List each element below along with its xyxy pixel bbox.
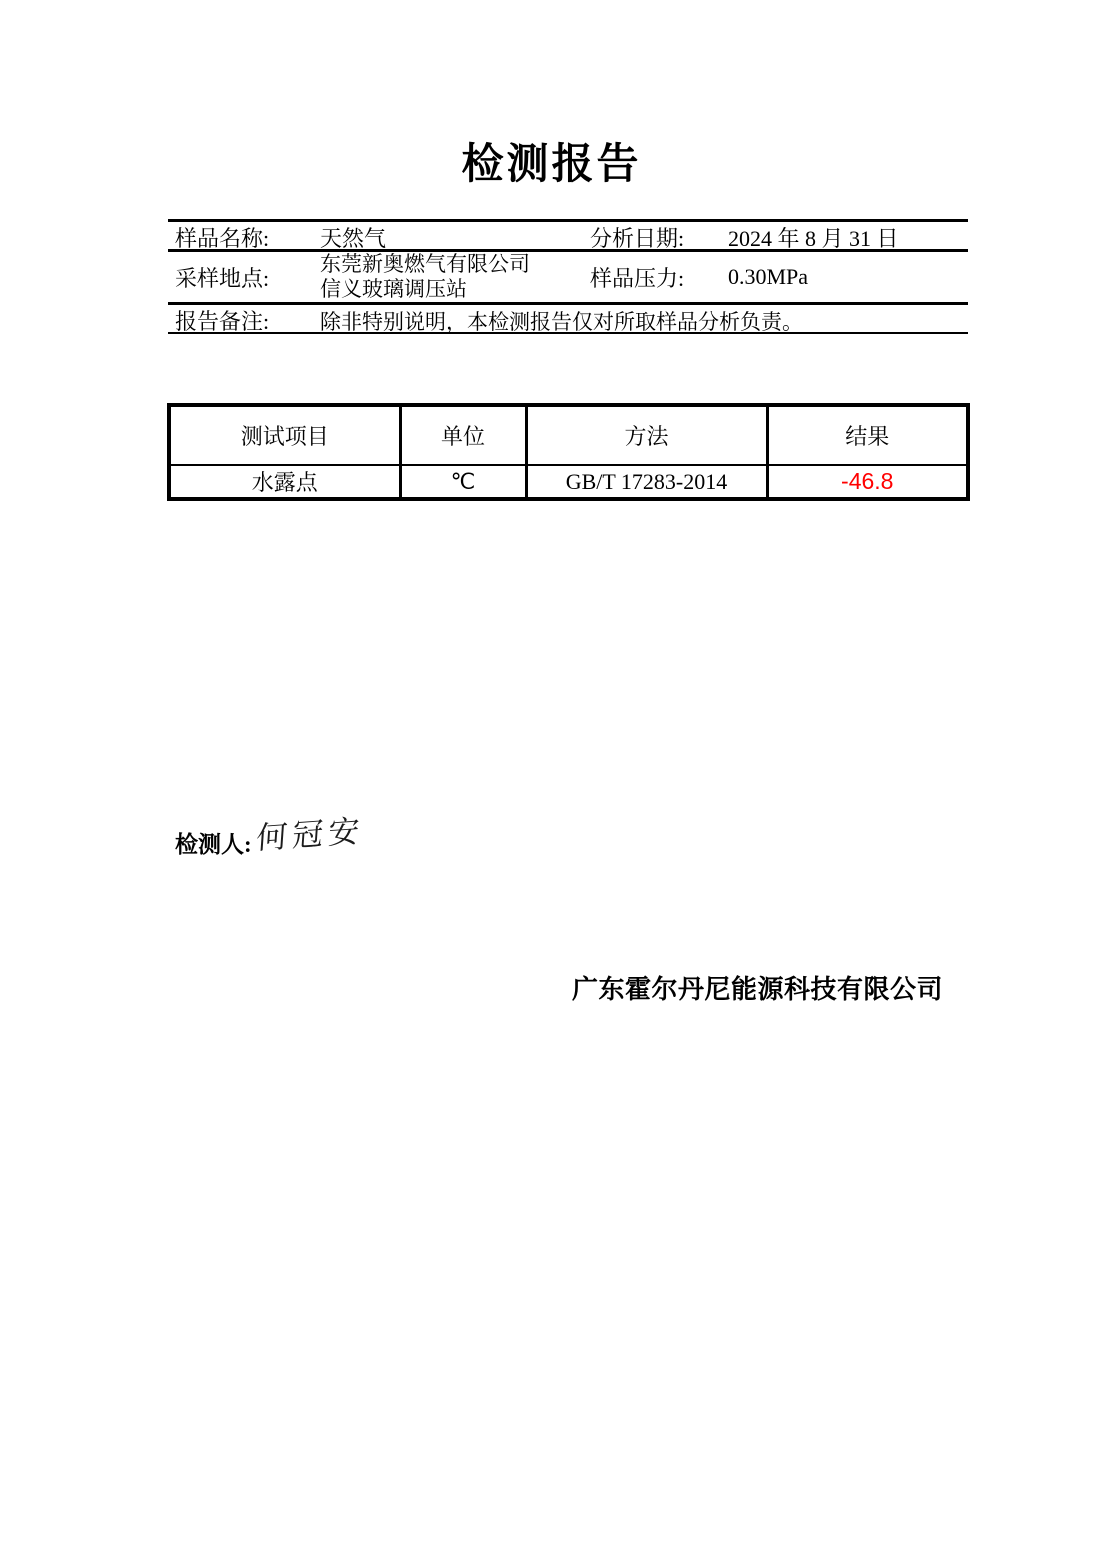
sampling-location-line2: 信义玻璃调压站 bbox=[320, 277, 583, 302]
inspector-signature-handwriting: 何冠安 bbox=[255, 805, 366, 858]
result-test-item: 水露点 bbox=[169, 465, 400, 499]
report-note-value: 除非特别说明，本检测报告仅对所取样品分析负责。 bbox=[320, 306, 968, 336]
table-row: 报告备注: 除非特别说明，本检测报告仅对所取样品分析负责。 bbox=[168, 305, 968, 334]
sample-name-label: 样品名称: bbox=[168, 222, 320, 253]
sampling-location-line1: 东莞新奥燃气有限公司 bbox=[320, 252, 583, 277]
results-table: 测试项目 单位 方法 结果 水露点 ℃ GB/T 17283-2014 -46.… bbox=[167, 403, 970, 501]
col-header-test-item: 测试项目 bbox=[169, 405, 400, 465]
sample-pressure-label: 样品压力: bbox=[583, 262, 728, 293]
col-header-result: 结果 bbox=[767, 405, 968, 465]
result-method: GB/T 17283-2014 bbox=[526, 465, 767, 499]
analysis-date-value: 2024 年 8 月 31 日 bbox=[728, 222, 968, 253]
col-header-method: 方法 bbox=[526, 405, 767, 465]
result-value: -46.8 bbox=[767, 465, 968, 499]
inspector-line: 检测人:何冠安 bbox=[175, 816, 360, 861]
sample-name-value: 天然气 bbox=[320, 222, 583, 253]
table-row: 水露点 ℃ GB/T 17283-2014 -46.8 bbox=[169, 465, 968, 499]
sample-info-table: 样品名称: 天然气 分析日期: 2024 年 8 月 31 日 采样地点: 东莞… bbox=[168, 219, 968, 334]
sampling-location-value: 东莞新奥燃气有限公司 信义玻璃调压站 bbox=[320, 252, 583, 302]
result-unit: ℃ bbox=[400, 465, 526, 499]
results-header-row: 测试项目 单位 方法 结果 bbox=[169, 405, 968, 465]
table-row: 样品名称: 天然气 分析日期: 2024 年 8 月 31 日 bbox=[168, 222, 968, 252]
analysis-date-label: 分析日期: bbox=[583, 222, 728, 253]
col-header-unit: 单位 bbox=[400, 405, 526, 465]
sampling-location-label: 采样地点: bbox=[168, 262, 320, 293]
table-row: 采样地点: 东莞新奥燃气有限公司 信义玻璃调压站 样品压力: 0.30MPa bbox=[168, 252, 968, 305]
sample-pressure-value: 0.30MPa bbox=[728, 264, 968, 290]
report-title: 检测报告 bbox=[0, 131, 1103, 191]
report-page: 检测报告 样品名称: 天然气 分析日期: 2024 年 8 月 31 日 采样地… bbox=[0, 0, 1103, 1559]
company-name: 广东霍尔丹尼能源科技有限公司 bbox=[572, 969, 943, 1006]
inspector-label: 检测人: bbox=[175, 832, 252, 857]
report-note-label: 报告备注: bbox=[168, 305, 320, 336]
